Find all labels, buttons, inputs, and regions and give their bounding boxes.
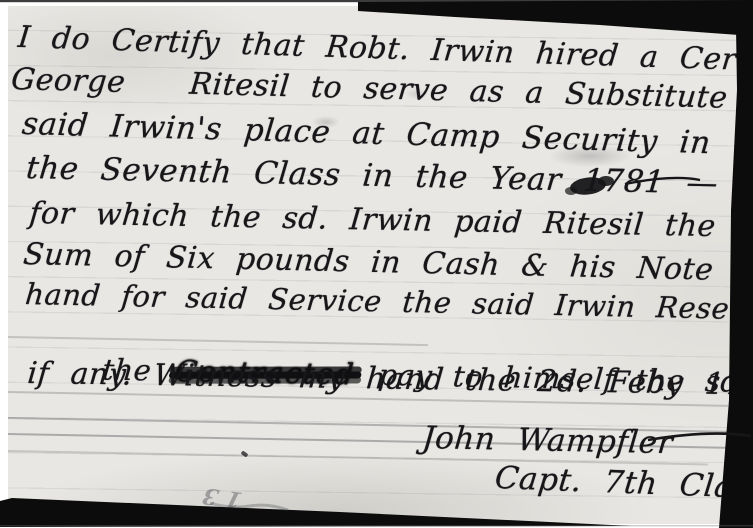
- scan-bottom-line: [0, 525, 753, 526]
- scan-top-line: [0, 0, 753, 2]
- pencil-mark: 13: [192, 481, 245, 512]
- signature-name: John Wampfler: [421, 420, 675, 461]
- scanned-document: I do Certify that Robt. Irwin hired a Ce…: [0, 0, 753, 528]
